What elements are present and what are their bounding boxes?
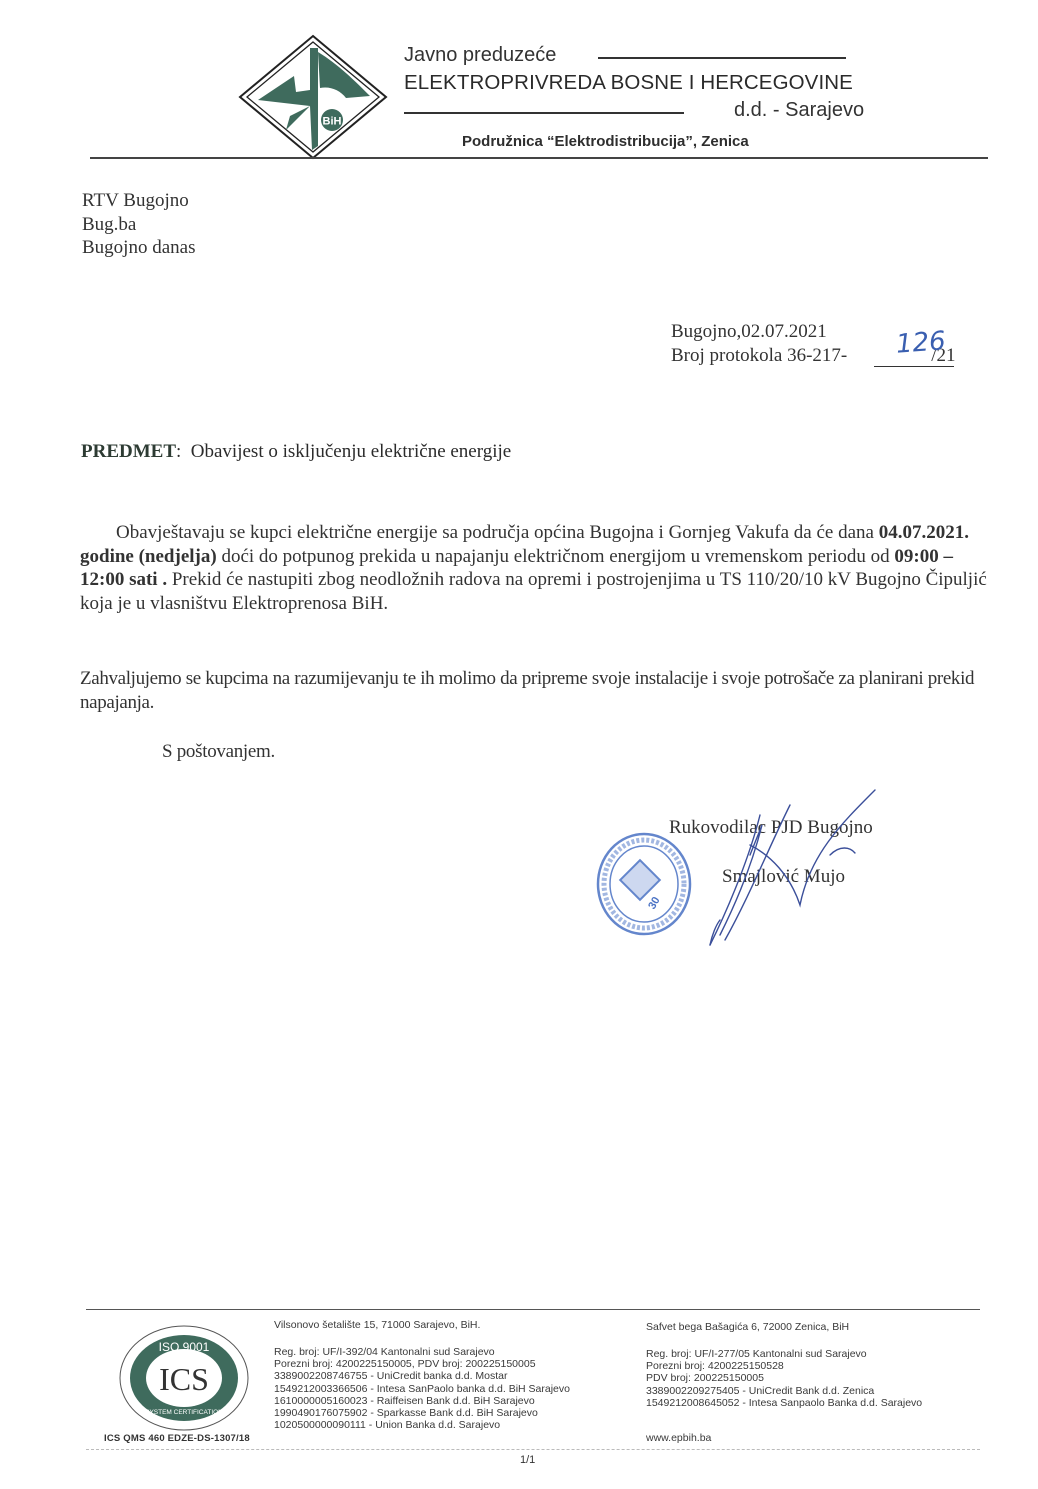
footer-right-address: Safvet bega Bašagića 6, 72000 Zenica, Bi…: [646, 1321, 849, 1333]
footer-line: 1549212003366506 - Intesa SanPaolo banka…: [274, 1383, 570, 1395]
footer-line: Porezni broj: 4200225150005, PDV broj: 2…: [274, 1358, 570, 1370]
footer-right-details: Reg. broj: UF/I-277/05 Kantonalni sud Sa…: [646, 1348, 922, 1409]
letterhead-rule-top: [598, 57, 846, 59]
subject-label: PREDMET: [81, 441, 176, 462]
protocol-prefix: Broj protokola 36-217-: [671, 345, 847, 366]
footer-line: 3389002209275405 - UniCredit Bank d.d. Z…: [646, 1385, 922, 1397]
svg-text:30: 30: [646, 895, 663, 912]
body-paragraph-2: Zahvaljujemo se kupcima na razumijevanju…: [80, 667, 1010, 714]
svg-text:ISO 9001: ISO 9001: [159, 1340, 210, 1354]
letterhead-legal-form: d.d. - Sarajevo: [734, 99, 864, 122]
letterhead-branch: Podružnica “Elektrodistribucija”, Zenica: [462, 133, 749, 150]
official-stamp-icon: 30: [594, 830, 694, 938]
footer-line: Reg. broj: UF/I-277/05 Kantonalni sud Sa…: [646, 1348, 922, 1360]
letterhead-line1: Javno preduzeće: [404, 44, 556, 67]
subject-line: PREDMET: Obavijest o isključenju elektri…: [81, 441, 511, 463]
svg-text:SYSTEM CERTIFICATION: SYSTEM CERTIFICATION: [145, 1409, 223, 1416]
footer-dotted-rule: [86, 1449, 980, 1450]
svg-text:ICS: ICS: [159, 1361, 209, 1397]
footer-line: 1990490176075902 - Sparkasse Bank d.d. B…: [274, 1407, 570, 1419]
footer-line: 1610000005160023 - Raiffeisen Bank d.d. …: [274, 1395, 570, 1407]
footer-line: Porezni broj: 4200225150528: [646, 1360, 922, 1372]
epbih-logo-icon: BiH: [238, 34, 388, 160]
page-number: 1/1: [520, 1454, 535, 1466]
header-divider: [90, 157, 988, 159]
closing-salutation: S poštovanjem.: [162, 740, 275, 764]
footer-line: Reg. broj: UF/I-392/04 Kantonalni sud Sa…: [274, 1346, 570, 1358]
protocol-underline: [874, 366, 954, 367]
iso-caption: ICS QMS 460 EDZE-DS-1307/18: [104, 1433, 250, 1444]
letterhead-company: ELEKTROPRIVREDA BOSNE I HERCEGOVINE: [404, 71, 853, 95]
handwritten-signature-icon: [690, 785, 890, 950]
website-link[interactable]: www.epbih.ba: [646, 1432, 711, 1444]
svg-text:BiH: BiH: [323, 116, 342, 128]
protocol-handwritten-number: 126: [895, 326, 947, 359]
footer-line: 3389002208746755 - UniCredit banka d.d. …: [274, 1370, 570, 1382]
body-paragraph-1: Obavještavaju se kupci električne energi…: [80, 521, 1000, 615]
recipient-list: RTV Bugojno Bug.ba Bugojno danas: [82, 189, 195, 260]
recipient: RTV Bugojno: [82, 189, 195, 213]
recipient: Bug.ba: [82, 213, 195, 237]
footer-left-address: Vilsonovo šetalište 15, 71000 Sarajevo, …: [274, 1319, 480, 1331]
footer-left-details: Reg. broj: UF/I-392/04 Kantonalni sud Sa…: [274, 1346, 570, 1431]
recipient: Bugojno danas: [82, 236, 195, 260]
footer-line: PDV broj: 200225150005: [646, 1372, 922, 1384]
iso-certification-logo-icon: ISO 9001 ICS SYSTEM CERTIFICATION: [118, 1324, 250, 1432]
footer-divider: [86, 1309, 980, 1310]
letterhead-rule-mid: [404, 112, 684, 114]
footer-line: 1549212008645052 - Intesa Sanpaolo Banka…: [646, 1397, 922, 1409]
footer-line: 1020500000090111 - Union Banka d.d. Sara…: [274, 1419, 570, 1431]
subject-text: Obavijest o isključenju električne energ…: [191, 441, 511, 462]
